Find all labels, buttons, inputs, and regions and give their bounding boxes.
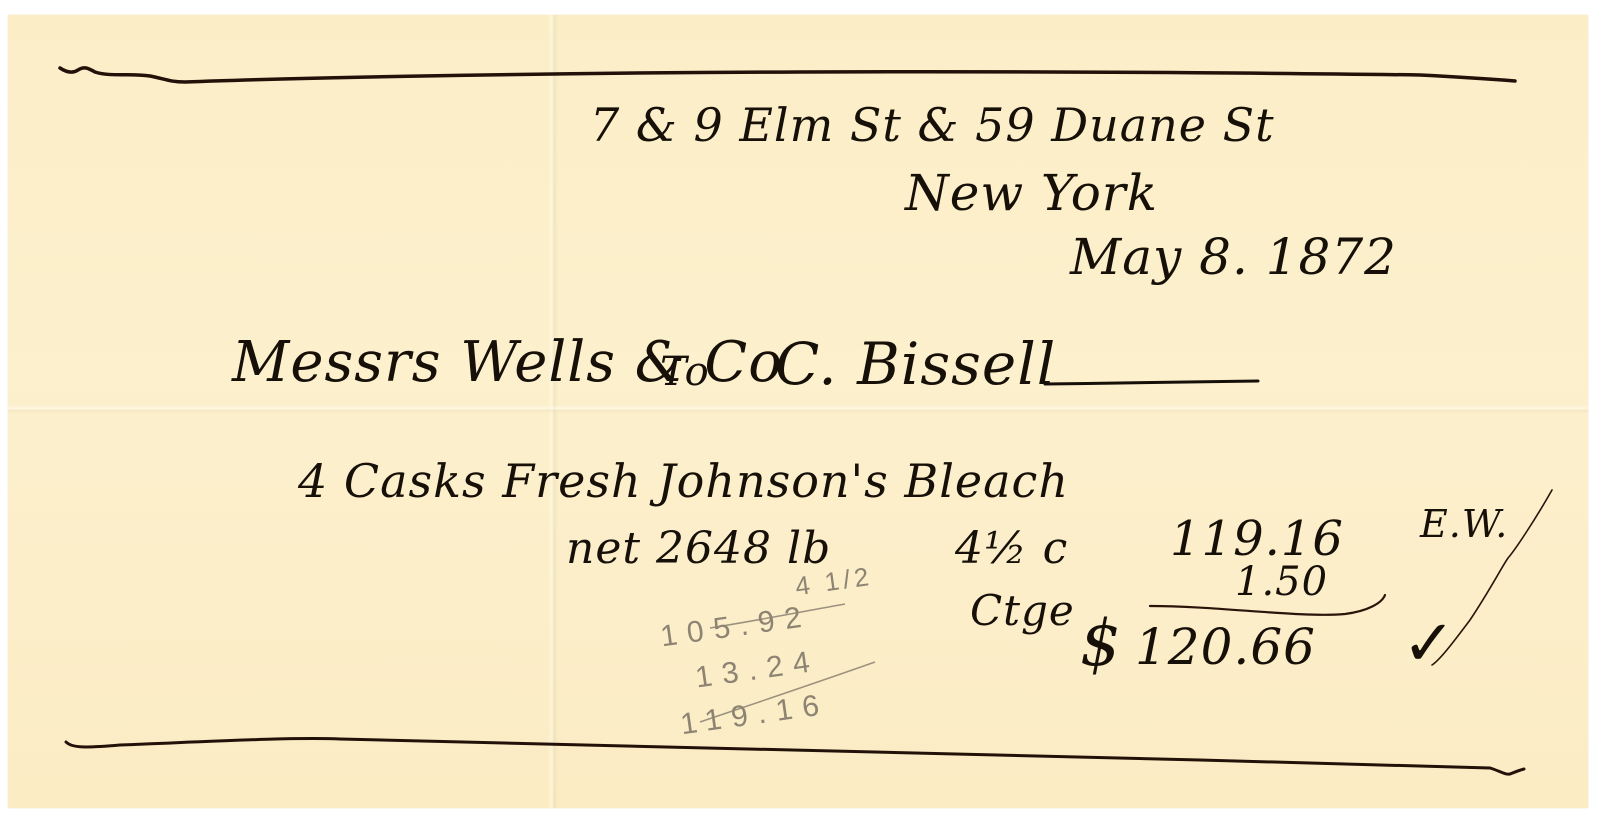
approval-initials: E.W.	[1420, 505, 1508, 543]
line-item-amount: 119.16	[1170, 515, 1344, 563]
cartage-amount: 1.50	[1235, 562, 1328, 602]
line-item-rate: 4½ c	[955, 527, 1068, 571]
line-item-description: 4 Casks Fresh Johnson's Bleach	[298, 458, 1069, 504]
cartage-label: Ctge	[970, 590, 1075, 632]
line-item-weight: net 2648 lb	[566, 527, 831, 571]
to-label: To	[660, 352, 710, 392]
check-mark-icon: ✓	[1402, 612, 1457, 676]
dollar-sign-icon: $	[1080, 612, 1122, 676]
creditor-underline	[1045, 381, 1258, 384]
bottom-rule-line	[66, 739, 1524, 775]
sender-address: 7 & 9 Elm St & 59 Duane St	[590, 102, 1275, 148]
creditor-name: C. Bissell	[775, 335, 1056, 393]
sender-city: New York	[905, 168, 1158, 218]
top-rule-line	[60, 68, 1515, 82]
total-amount: 120.66	[1135, 622, 1316, 672]
invoice-date: May 8. 1872	[1070, 232, 1397, 282]
